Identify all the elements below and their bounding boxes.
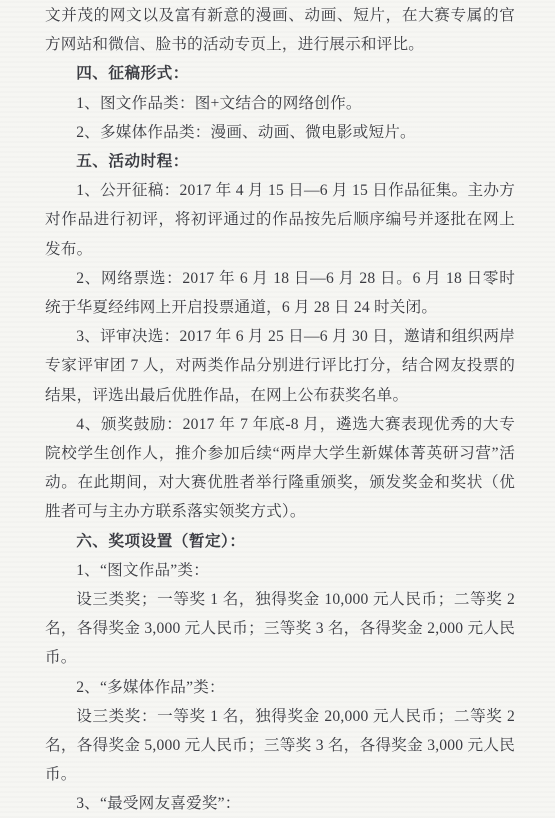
- section-heading: 五、活动时程：: [45, 147, 515, 176]
- paragraph: 设三类奖：一等奖 1 名，独得奖金 20,000 元人民币；二等奖 2 名，各得…: [45, 702, 515, 790]
- paragraph: 3、“最受网友喜爱奖”：: [45, 789, 515, 818]
- paragraph: 1、图文作品类：图+文结合的网络创作。: [45, 89, 515, 118]
- paragraph: 1、公开征稿：2017 年 4 月 15 日—6 月 15 日作品征集。主办方对…: [45, 176, 515, 264]
- paragraph: 4、颁奖鼓励：2017 年 7 年底-8 月，遴选大赛表现优秀的大专院校学生创作…: [45, 410, 515, 527]
- paragraph: 设三类奖；一等奖 1 名，独得奖金 10,000 元人民币；二等奖 2 名，各得…: [45, 585, 515, 673]
- section-heading: 四、征稿形式：: [45, 59, 515, 88]
- paragraph: 3、评审决选：2017 年 6 月 25 日—6 月 30 日，邀请和组织两岸专…: [45, 322, 515, 410]
- paragraph: 1、“图文作品”类：: [45, 556, 515, 585]
- document-body: 文并茂的网文以及富有新意的漫画、动画、短片，在大赛专属的官方网站和微信、脸书的活…: [45, 1, 515, 818]
- paragraph: 2、“多媒体作品”类：: [45, 673, 515, 702]
- paragraph: 2、网络票选：2017 年 6 月 18 日—6 月 28 日。6 月 18 日…: [45, 264, 515, 322]
- section-heading: 六、奖项设置（暂定）：: [45, 527, 515, 556]
- paragraph: 2、多媒体作品类：漫画、动画、微电影或短片。: [45, 118, 515, 147]
- document-page: 文并茂的网文以及富有新意的漫画、动画、短片，在大赛专属的官方网站和微信、脸书的活…: [0, 0, 555, 818]
- paragraph: 文并茂的网文以及富有新意的漫画、动画、短片，在大赛专属的官方网站和微信、脸书的活…: [45, 1, 515, 59]
